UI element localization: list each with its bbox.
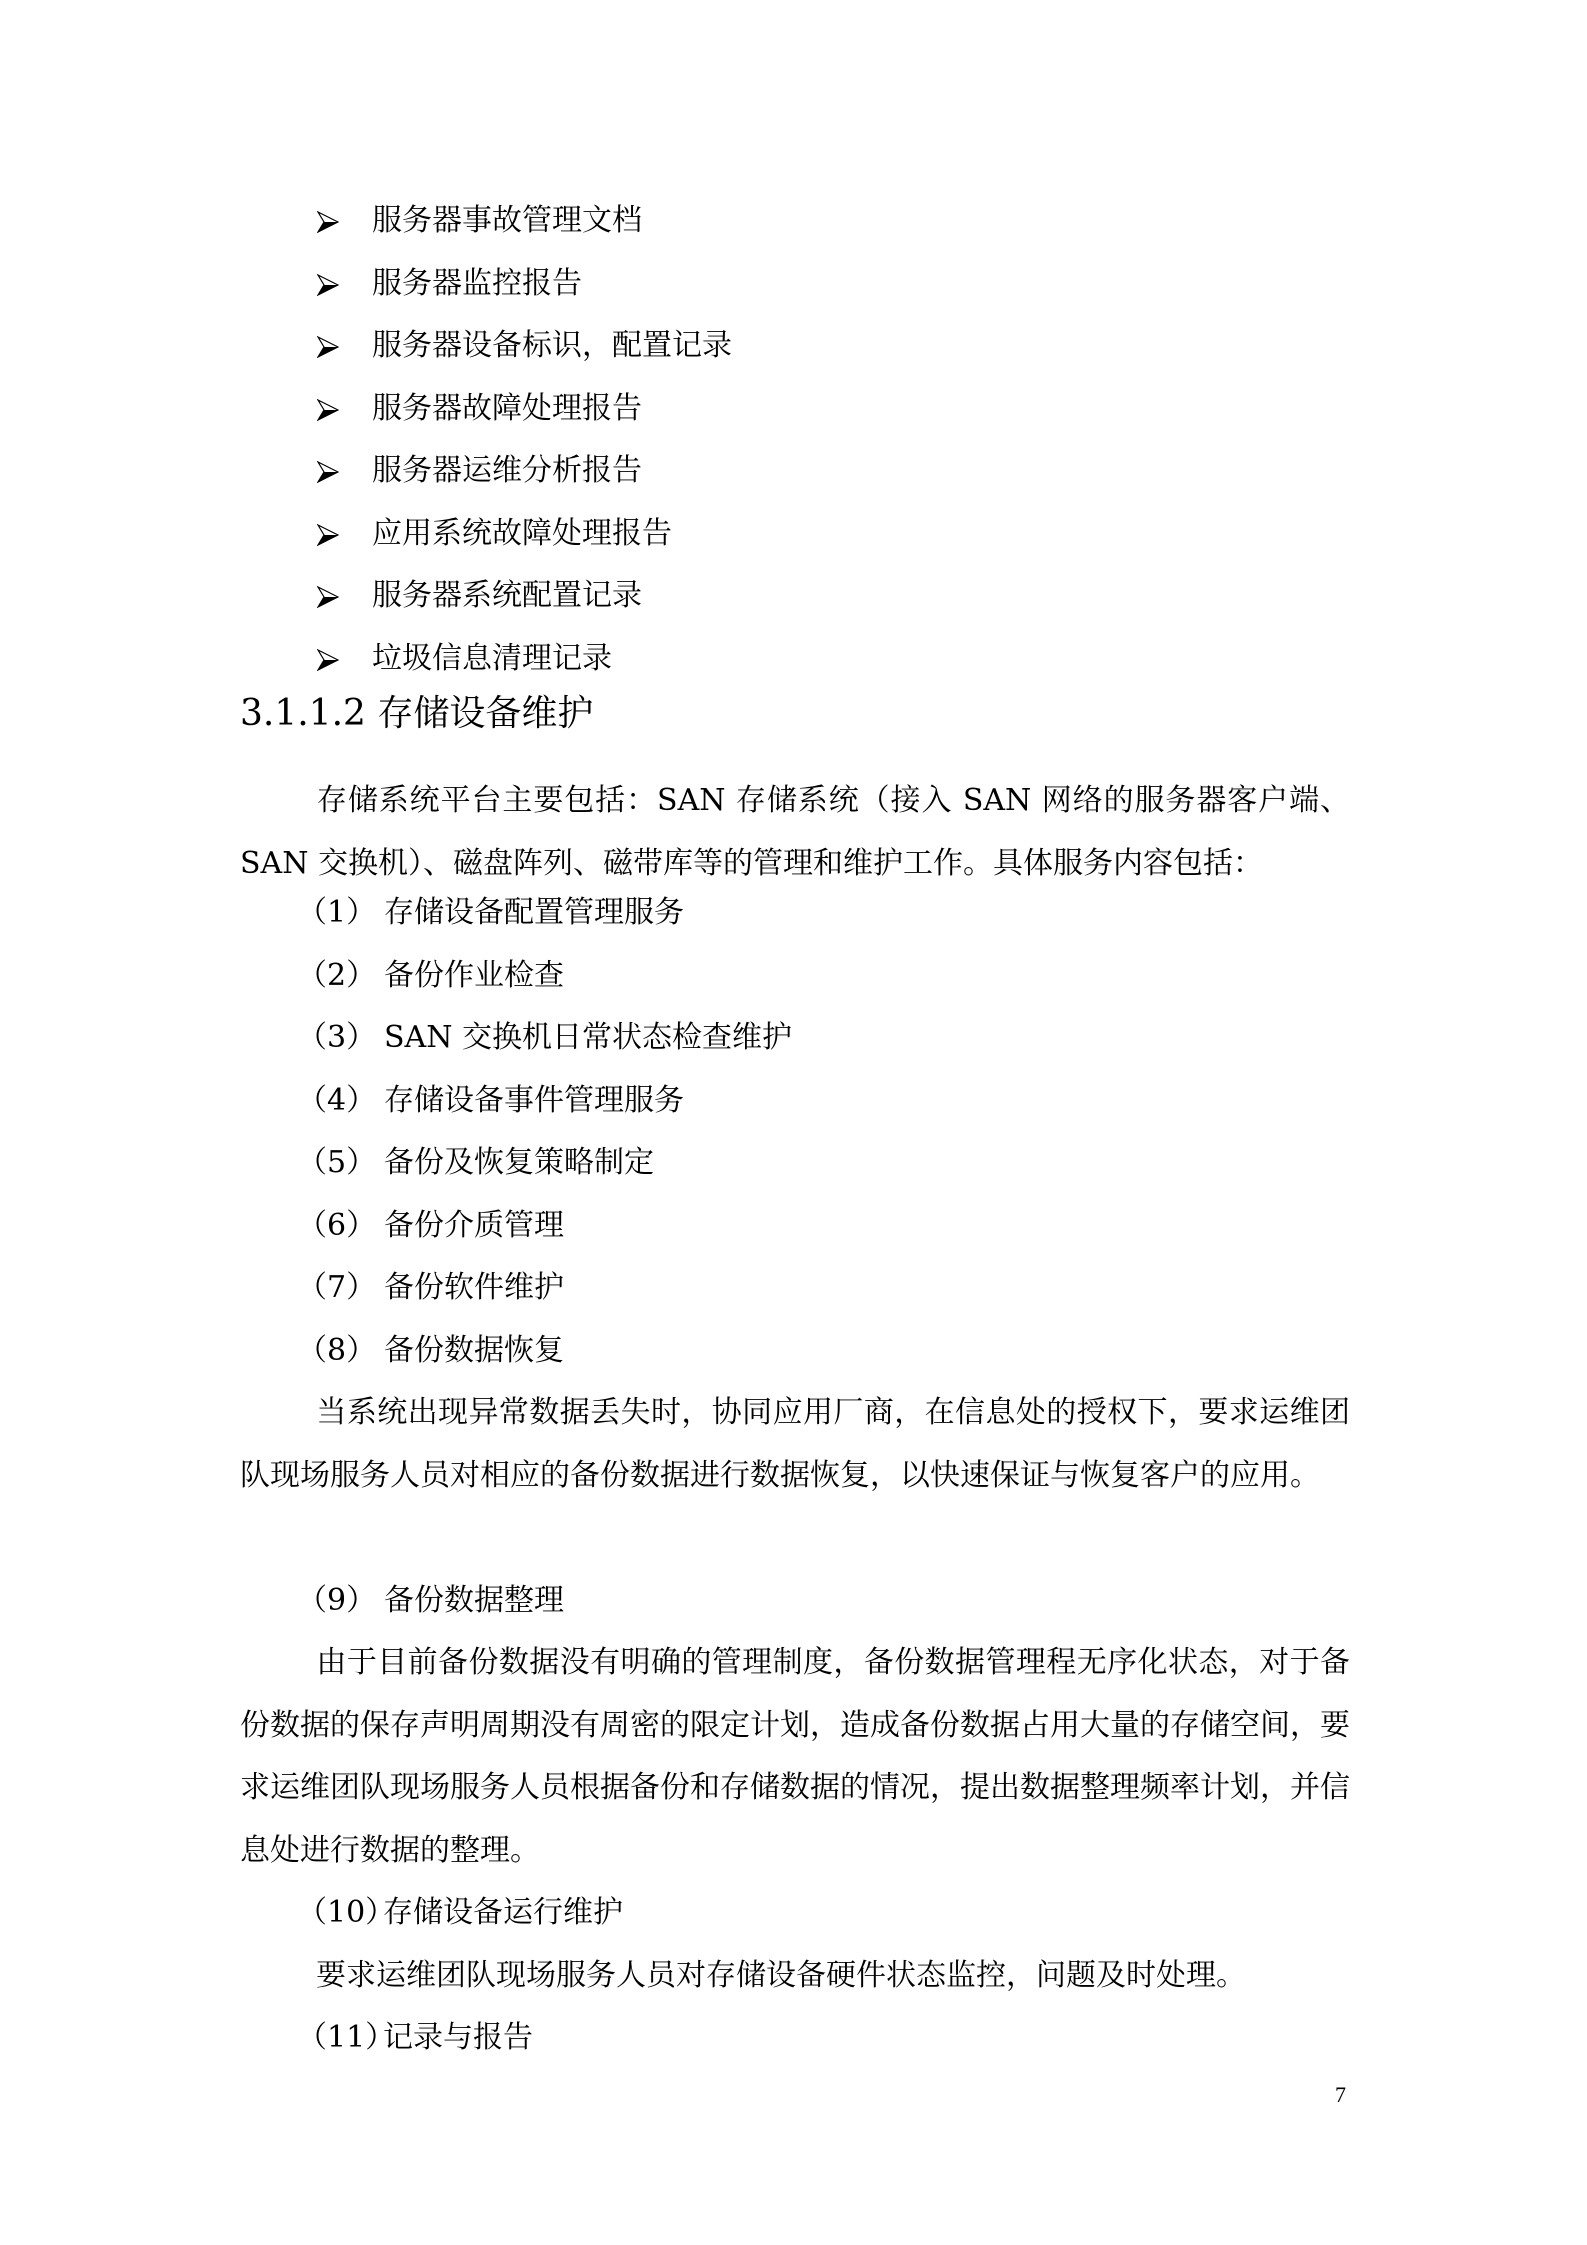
list-item-text: 应用系统故障处理报告 [372, 514, 672, 554]
service-item-10: （10） 存储设备运行维护 [297, 1882, 623, 1945]
list-item: （6） 备份介质管理 [297, 1195, 792, 1258]
service-items-list: （1） 存储设备配置管理服务 （2） 备份作业检查 （3） SAN 交换机日常状… [297, 882, 792, 1382]
list-item: （2） 备份作业检查 [297, 945, 792, 1008]
intro-text: 存储系统平台主要包括：SAN 存储系统（接入 SAN 网络的服务器客户端、SAN… [240, 783, 1350, 881]
item-number: （2） [297, 956, 384, 996]
list-item: （4） 存储设备事件管理服务 [297, 1070, 792, 1133]
item-label: 存储设备配置管理服务 [384, 893, 684, 933]
list-item: 服务器设备标识，配置记录 [317, 315, 732, 378]
item-number: （9） [297, 1581, 384, 1621]
item-number: （3） [297, 1018, 384, 1058]
list-item: 服务器运维分析报告 [317, 440, 732, 503]
item-label: 备份数据恢复 [384, 1331, 564, 1371]
item-number: （11） [297, 2018, 383, 2058]
list-item: 服务器事故管理文档 [317, 190, 732, 253]
item-number: （5） [297, 1143, 384, 1183]
item-label: 备份作业检查 [384, 956, 564, 996]
list-item-text: 服务器故障处理报告 [372, 389, 642, 429]
section-heading: 3.1.1.2 存储设备维护 [240, 690, 593, 738]
arrow-bullet-icon [317, 336, 339, 358]
item-number: （4） [297, 1081, 384, 1121]
list-item: 应用系统故障处理报告 [317, 503, 732, 566]
page-number: 7 [1335, 2082, 1346, 2108]
arrow-bullet-icon [317, 274, 339, 296]
intro-paragraph: 存储系统平台主要包括：SAN 存储系统（接入 SAN 网络的服务器客户端、SAN… [240, 770, 1350, 895]
list-item: （9） 备份数据整理 [297, 1570, 564, 1633]
arrow-bullet-icon [317, 649, 339, 671]
list-item-text: 服务器事故管理文档 [372, 201, 642, 241]
item-label: 备份及恢复策略制定 [384, 1143, 654, 1183]
list-item-text: 垃圾信息清理记录 [372, 639, 612, 679]
list-item-text: 服务器设备标识，配置记录 [372, 326, 732, 366]
item-number: （8） [297, 1331, 384, 1371]
list-item: （8） 备份数据恢复 [297, 1320, 792, 1383]
list-item: （7） 备份软件维护 [297, 1257, 792, 1320]
service-item-11: （11） 记录与报告 [297, 2007, 533, 2070]
hardware-paragraph: 要求运维团队现场服务人员对存储设备硬件状态监控，问题及时处理。 [240, 1945, 1350, 2008]
deliverables-list: 服务器事故管理文档 服务器监控报告 服务器设备标识，配置记录 服务器故障处理报告… [317, 190, 732, 690]
item-number: （10） [297, 1893, 383, 1933]
item-label: 备份数据整理 [384, 1581, 564, 1621]
item-number: （1） [297, 893, 384, 933]
item-label: 存储设备运行维护 [383, 1893, 623, 1933]
arrow-bullet-icon [317, 524, 339, 546]
list-item: 服务器系统配置记录 [317, 565, 732, 628]
list-item: （5） 备份及恢复策略制定 [297, 1132, 792, 1195]
list-item: （11） 记录与报告 [297, 2007, 533, 2070]
cleanup-paragraph: 由于目前备份数据没有明确的管理制度，备份数据管理程无序化状态，对于备份数据的保存… [240, 1632, 1350, 1882]
list-item: （1） 存储设备配置管理服务 [297, 882, 792, 945]
list-item-text: 服务器系统配置记录 [372, 576, 642, 616]
item-number: （7） [297, 1268, 384, 1308]
list-item: （10） 存储设备运行维护 [297, 1882, 623, 1945]
list-item: 服务器故障处理报告 [317, 378, 732, 441]
hardware-text: 要求运维团队现场服务人员对存储设备硬件状态监控，问题及时处理。 [316, 1958, 1246, 1993]
item-label: 记录与报告 [383, 2018, 533, 2058]
list-item: 垃圾信息清理记录 [317, 628, 732, 691]
cleanup-text: 由于目前备份数据没有明确的管理制度，备份数据管理程无序化状态，对于备份数据的保存… [240, 1645, 1350, 1868]
item-label: 备份介质管理 [384, 1206, 564, 1246]
list-item-text: 服务器监控报告 [372, 264, 582, 304]
arrow-bullet-icon [317, 211, 339, 233]
service-item-9: （9） 备份数据整理 [297, 1570, 564, 1633]
arrow-bullet-icon [317, 586, 339, 608]
recovery-paragraph: 当系统出现异常数据丢失时，协同应用厂商，在信息处的授权下，要求运维团队现场服务人… [240, 1382, 1350, 1507]
item-label: 备份软件维护 [384, 1268, 564, 1308]
arrow-bullet-icon [317, 461, 339, 483]
item-label: 存储设备事件管理服务 [384, 1081, 684, 1121]
item-label: SAN 交换机日常状态检查维护 [384, 1018, 792, 1058]
list-item-text: 服务器运维分析报告 [372, 451, 642, 491]
item-number: （6） [297, 1206, 384, 1246]
list-item: （3） SAN 交换机日常状态检查维护 [297, 1007, 792, 1070]
list-item: 服务器监控报告 [317, 253, 732, 316]
recovery-text: 当系统出现异常数据丢失时，协同应用厂商，在信息处的授权下，要求运维团队现场服务人… [240, 1395, 1350, 1493]
arrow-bullet-icon [317, 399, 339, 421]
